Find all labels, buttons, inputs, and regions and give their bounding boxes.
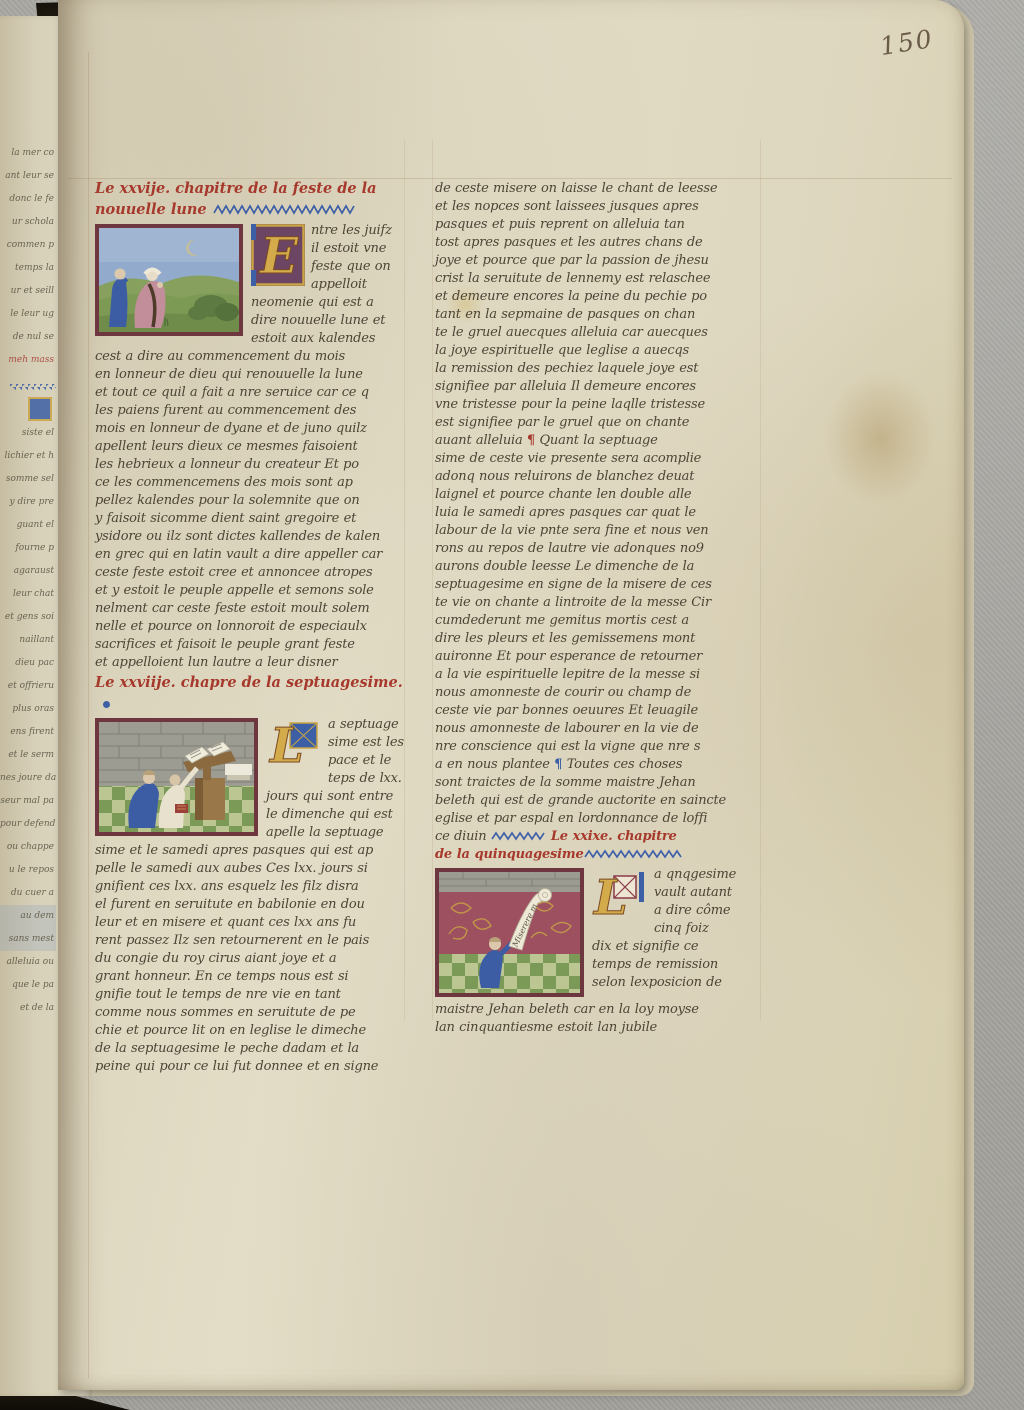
prev-page-text-fragment: ou chappe (0, 836, 56, 859)
altar (225, 764, 252, 775)
miniature-quinquagesima-kneeling-scroll: Miserere m (435, 868, 584, 997)
miniature-new-moon-worship (95, 224, 243, 336)
prev-page-text-fragment: ant leur se (0, 165, 56, 188)
text-column-left: Le xxvije. chapitre de la feste de lanou… (95, 178, 409, 1076)
miniature-septuagesima-prayer (95, 718, 258, 836)
paragraph-mark: ¶ (527, 433, 535, 448)
svg-text:E: E (258, 226, 299, 285)
chapter-28-body-text: sime et le samedi apres pasques qui est … (95, 842, 409, 1076)
prev-page-text-fragment: u le repos (0, 859, 56, 882)
manuscript-page: 150 Le xxvije. chapitre de la feste de l… (58, 0, 964, 1390)
chapter-28-heading: Le xxviije. chapre de la septuagesime. (95, 672, 409, 714)
prev-page-text-fragment: et le serm (0, 744, 56, 767)
blue-line-filler-decoration (491, 830, 551, 841)
chapter-29-body-text: maistre Jehan beleth car en la loy moyse… (435, 1001, 759, 1037)
prev-page-text-fragment: pour defend (0, 813, 56, 836)
illuminated-initial-E: E (251, 224, 305, 286)
prev-page-text-fragment: agaraust (0, 560, 56, 583)
chapter-27-opening: E ntre les juifz il estoit vne feste que… (95, 222, 409, 348)
prev-page-text-fragment: somme sel (0, 468, 56, 491)
prev-page-text-fragment: naillant (0, 629, 56, 652)
prev-page-text-fragment: alleluia ou (0, 951, 56, 974)
prev-page-text-fragment: donc le fe (0, 188, 56, 211)
prev-page-text-fragment: siste el (0, 422, 56, 445)
chapter-27-body-text: cest a dire au commencement du mois en l… (95, 348, 409, 672)
prev-page-text-fragment: temps la (0, 257, 56, 280)
prev-page-text-fragment: et offrieru (0, 675, 56, 698)
chapter-28-opening: L a septuage sime est les pace et le tep… (95, 716, 409, 842)
text-column-right: de ceste misere on laisse le chant de le… (435, 180, 759, 1037)
prev-page-text-fragment: guant el (0, 514, 56, 537)
prev-page-text-fragment: et de la (0, 997, 56, 1020)
prev-page-text-fragment: de nul se (0, 326, 56, 349)
chapter-27-heading-line2: nouuelle lune (95, 201, 207, 218)
svg-text:L: L (268, 718, 304, 770)
prev-page-text-fragment: fourne p (0, 537, 56, 560)
prev-page-text-fragment: ur et seill (0, 280, 56, 303)
prev-page-text-fragment: lichier et h (0, 445, 56, 468)
prev-page-text-fragment (10, 372, 56, 395)
right-column-body-text: de ceste misere on laisse le chant de le… (435, 180, 759, 864)
prev-page-text-fragment: que le pa (0, 974, 56, 997)
prev-page-text-fragment: du cuer a (0, 882, 56, 905)
prev-page-text-fragment: sans mest (0, 928, 56, 951)
parchment-stain (822, 368, 938, 508)
prev-page-text-fragment: seur mal pa (0, 790, 56, 813)
illuminated-initial-L: L (266, 718, 322, 770)
illuminated-initial-L: L (592, 868, 648, 924)
prev-page-text-fragment: au dem (0, 905, 56, 928)
chapter-29-opening: Miserere m L a qnqgesime vault autant a … (435, 866, 759, 1001)
prev-page-text-fragment: y dire pre (0, 491, 56, 514)
prev-page-text-fragment: nes joure da (0, 767, 56, 790)
prev-page-text-fragment: ens firent (0, 721, 56, 744)
svg-text:L: L (592, 870, 628, 924)
prev-page-text-fragment: plus oras (0, 698, 56, 721)
prev-page-text-fragment: ur schola (0, 211, 56, 234)
prev-page-text-fragment: dieu pac (0, 652, 56, 675)
chapter-27-heading-line1: Le xxvije. chapitre de la feste de la (95, 180, 377, 197)
blue-line-filler-decoration (213, 203, 361, 215)
prev-page-text-fragment: le leur ug (0, 303, 56, 326)
prev-page-text-fragment: meh mass (0, 349, 56, 372)
blue-dot-decoration (103, 701, 110, 708)
prev-page-text-fragment: la mer co (0, 142, 56, 165)
prev-page-text-fragment: et gens soi (0, 606, 56, 629)
folio-number: 150 (878, 24, 936, 61)
ruling-line-vertical (88, 52, 89, 1378)
prev-page-text-fragment: commen p (0, 234, 56, 257)
ruling-line-vertical (432, 140, 433, 1020)
previous-page-text-fragments: la mer coant leur sedonc le feur scholac… (0, 142, 56, 1242)
prev-page-text-fragment (28, 397, 52, 421)
prev-page-text-fragment: leur chat (0, 583, 56, 606)
chapter-27-heading: Le xxvije. chapitre de la feste de lanou… (95, 178, 409, 220)
ruling-line-vertical (760, 140, 761, 1020)
blue-line-filler-decoration (584, 848, 688, 859)
